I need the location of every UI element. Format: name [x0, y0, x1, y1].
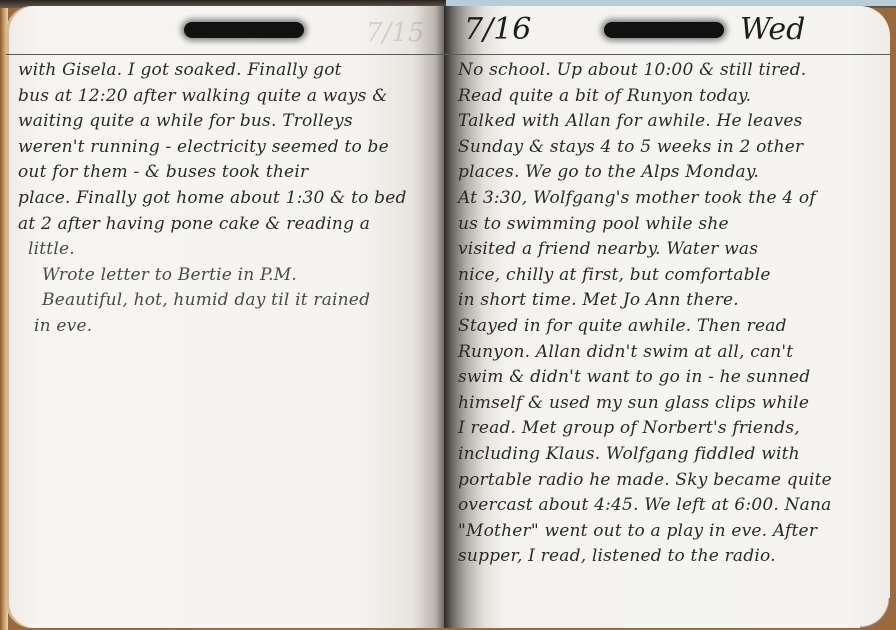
left-page: 7/15 with Gisela. I got soaked. Finally …	[6, 6, 444, 628]
text-line: swim & didn't want to go in - he sunned	[458, 365, 882, 391]
text-line: in eve.	[18, 314, 436, 340]
text-line: us to swimming pool while she	[458, 212, 882, 238]
text-line: waiting quite a while for bus. Trolleys	[18, 109, 436, 135]
left-page-text: with Gisela. I got soaked. Finally got b…	[18, 58, 436, 340]
text-line: including Klaus. Wolfgang fiddled with	[458, 442, 882, 468]
text-line: Beautiful, hot, humid day til it rained	[18, 288, 436, 314]
text-line: Stayed in for quite awhile. Then read	[458, 314, 882, 340]
text-line: weren't running - electricity seemed to …	[18, 135, 436, 161]
header-rule	[6, 54, 444, 55]
text-line: visited a friend nearby. Water was	[458, 237, 882, 263]
text-line: No school. Up about 10:00 & still tired.	[458, 58, 882, 84]
text-line: "Mother" went out to a play in eve. Afte…	[458, 519, 882, 545]
header-rule	[444, 54, 890, 55]
right-page: 7/16 Wed No school. Up about 10:00 & sti…	[444, 6, 890, 628]
page-corner	[860, 598, 890, 628]
text-line: bus at 12:20 after walking quite a ways …	[18, 84, 436, 110]
text-line: At 3:30, Wolfgang's mother took the 4 of	[458, 186, 882, 212]
text-line: supper, I read, listened to the radio.	[458, 544, 882, 570]
text-line: in short time. Met Jo Ann there.	[458, 288, 882, 314]
text-line: places. We go to the Alps Monday.	[458, 160, 882, 186]
redaction-smudge	[184, 22, 304, 38]
text-line: with Gisela. I got soaked. Finally got	[18, 58, 436, 84]
text-line: nice, chilly at first, but comfortable	[458, 263, 882, 289]
redaction-smudge	[604, 22, 724, 38]
text-line: little.	[18, 237, 436, 263]
text-line: at 2 after having pone cake & reading a	[18, 212, 436, 238]
text-line: Talked with Allan for awhile. He leaves	[458, 109, 882, 135]
text-line: out for them - & buses took their	[18, 160, 436, 186]
entry-weekday: Wed	[740, 12, 805, 47]
text-line: Wrote letter to Bertie in P.M.	[18, 263, 436, 289]
text-line: overcast about 4:45. We left at 6:00. Na…	[458, 493, 882, 519]
header-bleedthrough: 7/15	[366, 18, 424, 48]
text-line: portable radio he made. Sky became quite	[458, 468, 882, 494]
text-line: I read. Met group of Norbert's friends,	[458, 416, 882, 442]
entry-date: 7/16	[464, 12, 531, 47]
diary-spread: 7/15 with Gisela. I got soaked. Finally …	[0, 0, 896, 630]
text-line: Read quite a bit of Runyon today.	[458, 84, 882, 110]
text-line: himself & used my sun glass clips while	[458, 391, 882, 417]
text-line: Runyon. Allan didn't swim at all, can't	[458, 340, 882, 366]
right-page-text: No school. Up about 10:00 & still tired.…	[458, 58, 882, 570]
text-line: Sunday & stays 4 to 5 weeks in 2 other	[458, 135, 882, 161]
text-line: place. Finally got home about 1:30 & to …	[18, 186, 436, 212]
